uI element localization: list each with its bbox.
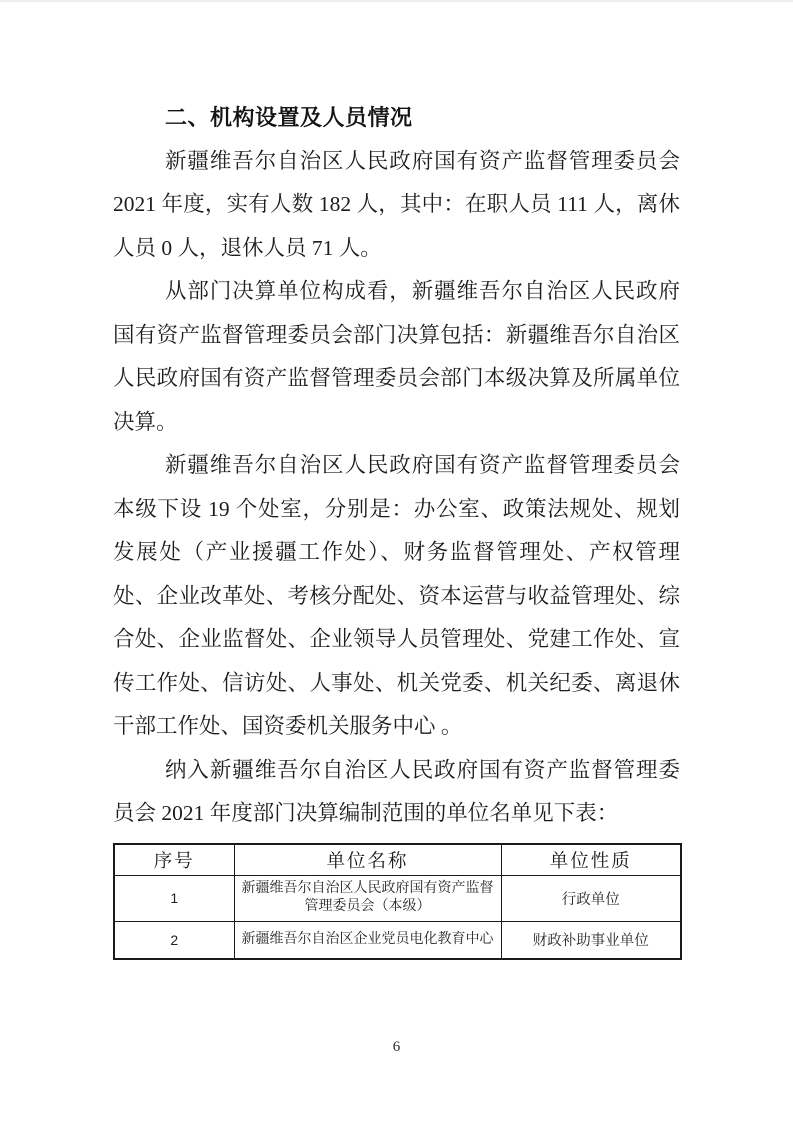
units-table-header-row: 序号 单位名称 单位性质 — [114, 844, 681, 876]
col-header-index: 序号 — [114, 844, 234, 876]
paragraph-table-intro: 纳入新疆维吾尔自治区人民政府国有资产监督管理委员会 2021 年度部门决算编制范… — [113, 749, 680, 836]
units-table: 序号 单位名称 单位性质 1 新疆维吾尔自治区人民政府国有资产监督管理委员会（本… — [113, 843, 682, 960]
table-row: 2 新疆维吾尔自治区企业党员电化教育中心 财政补助事业单位 — [114, 921, 681, 959]
cell-index: 2 — [114, 921, 234, 959]
paragraph-internal-departments: 新疆维吾尔自治区人民政府国有资产监督管理委员会本级下设 19 个处室，分别是：办… — [113, 444, 680, 749]
cell-unit-nature: 财政补助事业单位 — [501, 921, 681, 959]
paragraph-budget-composition: 从部门决算单位构成看，新疆维吾尔自治区人民政府国有资产监督管理委员会部门决算包括… — [113, 270, 680, 444]
section-heading: 二、机构设置及人员情况 — [113, 96, 680, 140]
col-header-unit-nature: 单位性质 — [501, 844, 681, 876]
table-row: 1 新疆维吾尔自治区人民政府国有资产监督管理委员会（本级） 行政单位 — [114, 875, 681, 921]
scan-edge-artifact — [0, 0, 793, 2]
paragraph-staff-numbers: 新疆维吾尔自治区人民政府国有资产监督管理委员会 2021 年度，实有人数 182… — [113, 140, 680, 271]
cell-unit-name: 新疆维吾尔自治区人民政府国有资产监督管理委员会（本级） — [234, 875, 501, 921]
col-header-unit-name: 单位名称 — [234, 844, 501, 876]
cell-unit-nature: 行政单位 — [501, 875, 681, 921]
document-page: { "document": { "heading": "二、机构设置及人员情况"… — [0, 0, 793, 1122]
document-content: 二、机构设置及人员情况 新疆维吾尔自治区人民政府国有资产监督管理委员会 2021… — [113, 96, 680, 960]
page-number: 6 — [0, 1038, 793, 1056]
cell-unit-name: 新疆维吾尔自治区企业党员电化教育中心 — [234, 921, 501, 959]
cell-index: 1 — [114, 875, 234, 921]
